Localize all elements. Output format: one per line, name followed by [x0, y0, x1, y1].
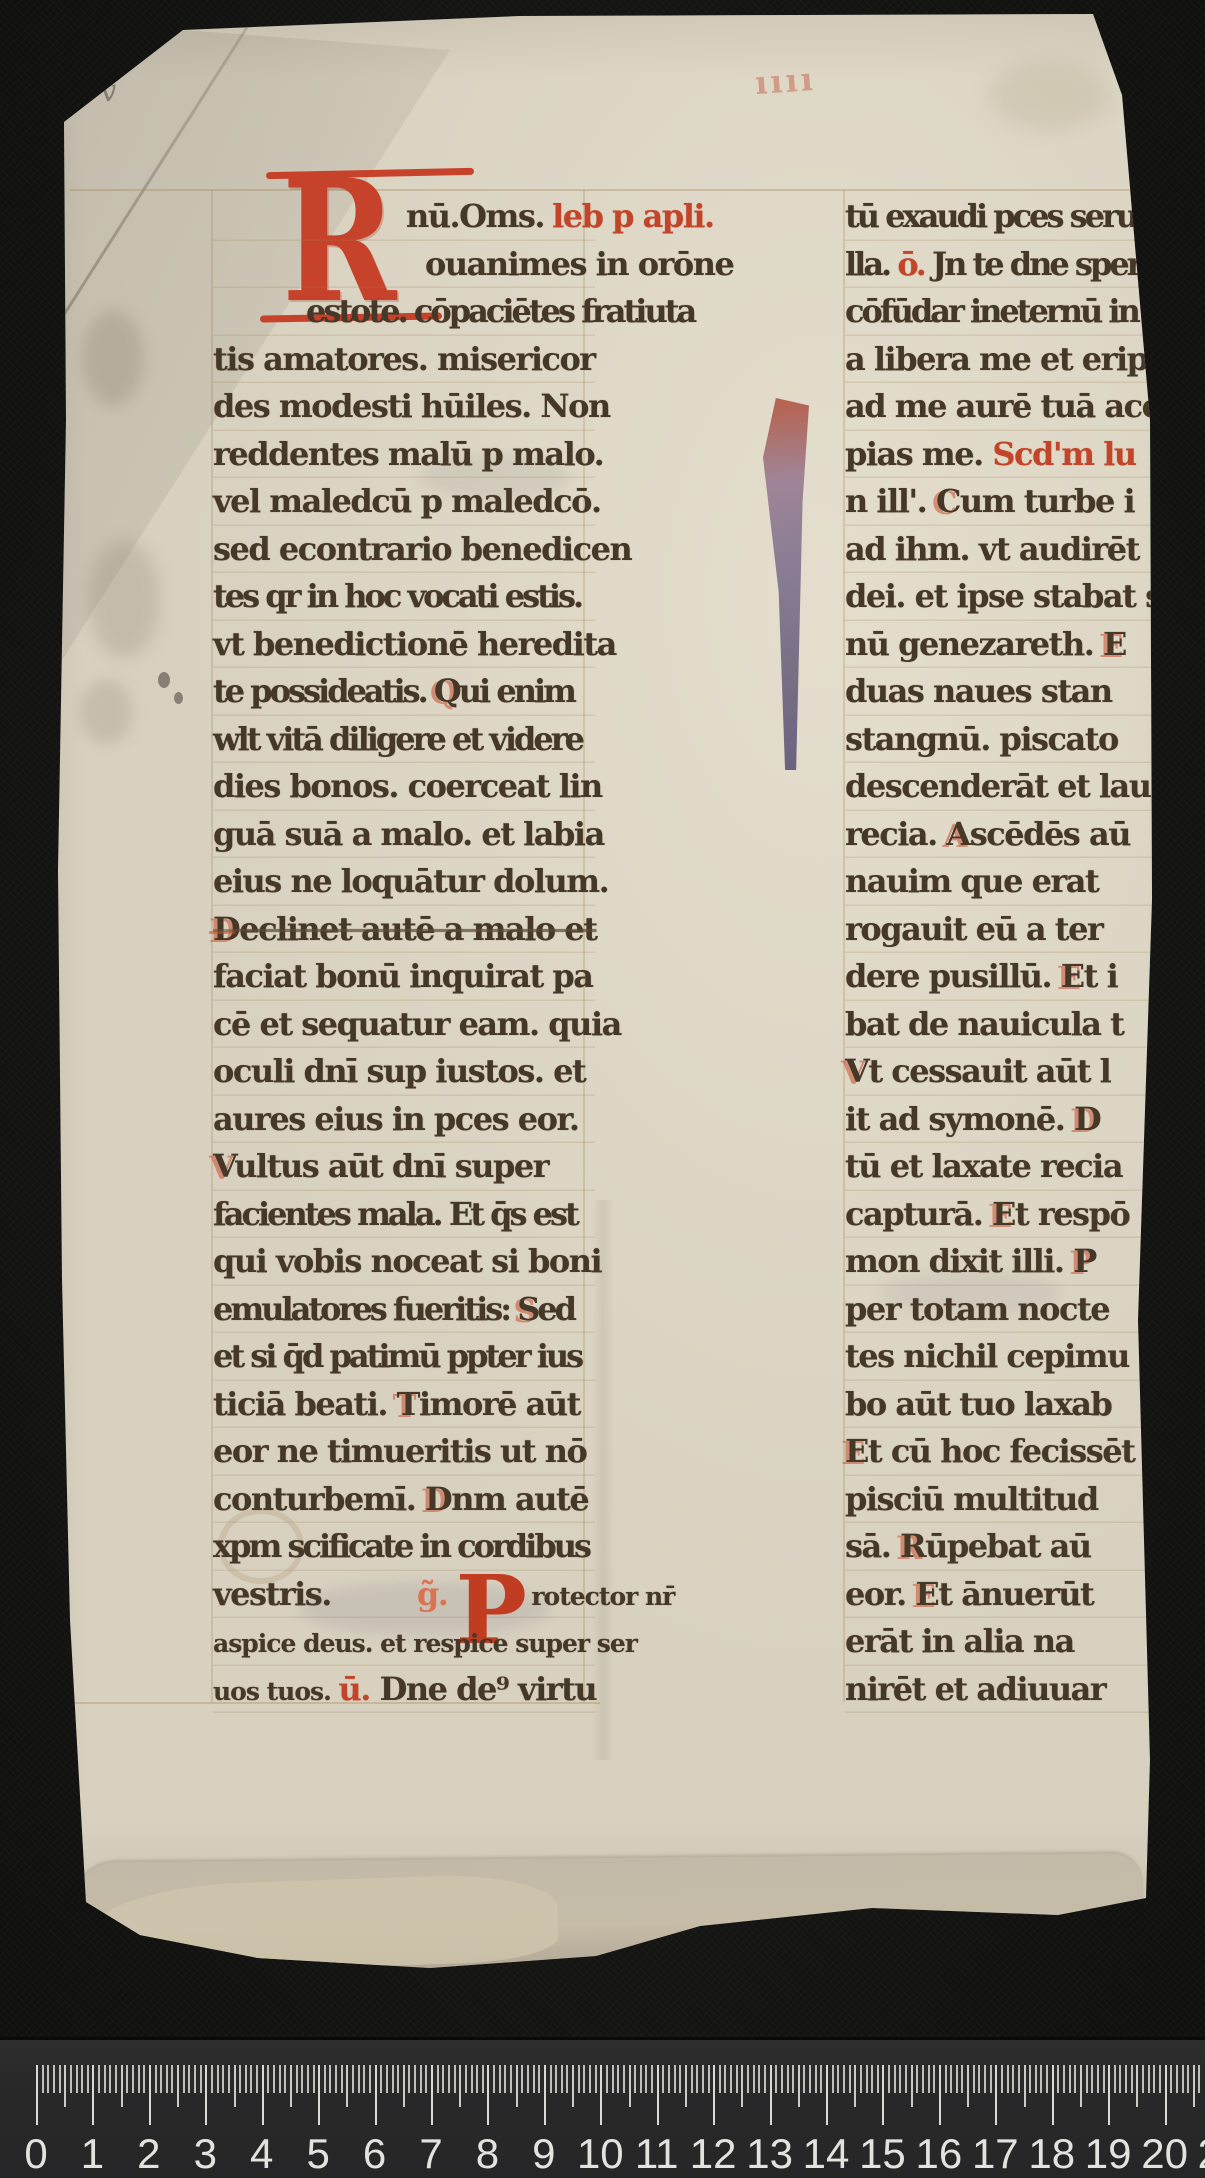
text-segment: t i — [1084, 957, 1118, 995]
ruler-tick — [1114, 2065, 1116, 2093]
text-segment: vestris. — [213, 1575, 331, 1613]
text-line: nū.Oms.leb p apli. — [213, 193, 595, 241]
text-line: aures eius in pces eor. — [213, 1096, 595, 1144]
ruler-tick — [228, 2065, 230, 2093]
ruler-tick — [42, 2065, 44, 2093]
ruler-number: 6 — [363, 2130, 386, 2178]
ruler-tick — [1046, 2065, 1048, 2093]
text-segment: conturbemī. — [213, 1480, 425, 1518]
text-line: tū et laxate recia — [845, 1143, 1177, 1191]
ruler-tick — [860, 2065, 862, 2093]
left-text-column: nū.Oms.leb p apli.ouanimes in orōneestot… — [213, 193, 595, 1713]
text-segment: per totam nocte — [845, 1290, 1109, 1328]
ruler-number: 0 — [24, 2130, 47, 2178]
ruler-tick — [651, 2065, 653, 2093]
ruler-tick — [386, 2065, 388, 2093]
ruler-number: 15 — [859, 2130, 906, 2178]
text-line: Vt cessauit aūt l — [845, 1048, 1177, 1096]
ruler-tick — [1187, 2065, 1189, 2093]
ruler-tick — [736, 2065, 738, 2093]
ruler-tick — [1024, 2065, 1026, 2107]
ruler-tick — [645, 2065, 647, 2093]
ruler-tick — [905, 2065, 907, 2093]
text-segment: tis amatores. misericor — [213, 340, 595, 378]
text-segment: E — [845, 1432, 868, 1470]
ruler-tick — [724, 2065, 726, 2093]
text-line: lla. ō. Jn te dne spera — [845, 241, 1177, 289]
ruler-tick — [1142, 2065, 1144, 2093]
ruler-number: 11 — [635, 2130, 679, 2178]
text-line: it ad symonē. D — [845, 1096, 1177, 1144]
text-line: per totam nocte — [845, 1286, 1177, 1334]
ruler-tick — [138, 2065, 140, 2093]
ruler-tick — [296, 2065, 298, 2093]
ruler-tick — [222, 2065, 224, 2093]
ruler-tick — [47, 2065, 49, 2093]
ruler-tick — [290, 2065, 292, 2107]
ruler-number: 5 — [306, 2130, 329, 2178]
text-segment: stangnū. piscato — [845, 720, 1118, 758]
ruler-tick — [662, 2065, 664, 2093]
ruler-tick — [984, 2065, 986, 2093]
text-segment: tū et laxate recia — [845, 1147, 1122, 1185]
ruler-tick — [442, 2065, 444, 2093]
text-segment: et si q̄d patimū ppter ius — [213, 1337, 581, 1375]
ruler-tick — [939, 2065, 941, 2125]
ruler-tick — [1057, 2065, 1059, 2093]
ruler-tick — [770, 2065, 772, 2125]
text-line: reddentes malū p malo. — [213, 431, 595, 479]
ruler-tick — [504, 2065, 506, 2093]
text-segment: Q — [434, 672, 459, 710]
ruler-tick — [956, 2065, 958, 2093]
text-segment: sed econtrario benedicen — [213, 530, 631, 568]
ruler-tick — [787, 2065, 789, 2093]
ruler-tick — [1131, 2065, 1133, 2093]
ruler-number: 12 — [690, 2130, 737, 2178]
text-segment: pisciū multitud — [845, 1480, 1098, 1518]
ruler-tick — [211, 2065, 213, 2093]
ruler-tick — [1193, 2065, 1195, 2107]
text-segment: A — [946, 815, 969, 853]
ruler-tick — [408, 2065, 410, 2093]
ruler-tick — [369, 2065, 371, 2093]
text-segment: n ill'. — [845, 482, 936, 520]
ruler-tick — [313, 2065, 315, 2093]
text-segment: recia. — [845, 815, 946, 853]
ruler-tick — [121, 2065, 123, 2107]
ruler-tick — [798, 2065, 800, 2107]
ruler-tick — [1007, 2065, 1009, 2093]
text-line: dere pusillū. Et i — [845, 953, 1177, 1001]
ruler-tick — [832, 2065, 834, 2093]
ruler-tick — [115, 2065, 117, 2093]
text-line: faciat bonū inquirat pa — [213, 953, 595, 1001]
ruler-tick — [961, 2065, 963, 2093]
text-segment: a libera me et eripe m — [845, 340, 1205, 378]
ruler-tick — [877, 2065, 879, 2093]
text-segment: dies bonos. coerceat lin — [213, 767, 602, 805]
ruler-tick — [256, 2065, 258, 2093]
text-segment: lla. — [845, 245, 897, 283]
text-segment: erāt in alia na — [845, 1622, 1074, 1660]
ruler-tick — [431, 2065, 433, 2125]
ruler-tick — [98, 2065, 100, 2093]
ruler-number: 13 — [746, 2130, 793, 2178]
text-line: qui vobis noceat si boni — [213, 1238, 595, 1286]
text-segment: nm autē — [451, 1480, 588, 1518]
ruler-tick — [1165, 2065, 1167, 2125]
text-line: ouanimes in orōne — [213, 241, 595, 289]
ruler-tick — [1012, 2065, 1014, 2093]
ruler-tick — [775, 2065, 777, 2093]
ruler-tick — [510, 2065, 512, 2093]
ruler-tick — [1069, 2065, 1071, 2093]
text-segment: ed — [537, 1290, 574, 1328]
ruler-tick — [702, 2065, 704, 2093]
text-segment: faciat bonū inquirat pa — [213, 957, 593, 995]
text-segment: vel maledcū p maledcō. — [213, 482, 601, 520]
ruler-tick — [849, 2065, 851, 2093]
text-segment: Dne de⁹ virtu — [380, 1670, 597, 1708]
ruler-tick — [358, 2065, 360, 2093]
ruler-tick — [188, 2065, 190, 2093]
ruler-tick — [691, 2065, 693, 2093]
ruler-tick — [1035, 2065, 1037, 2093]
text-segment: ad me aurē tuā accel — [845, 387, 1189, 425]
ruler-tick — [578, 2065, 580, 2093]
ruler-tick — [284, 2065, 286, 2093]
text-segment: vt benedictionē heredita — [213, 625, 616, 663]
ruler-tick — [1159, 2065, 1161, 2093]
ruler-tick — [753, 2065, 755, 2093]
ruler-number: 17 — [972, 2130, 1019, 2178]
ruler-tick — [600, 2065, 602, 2125]
text-line: uos tuos. ū. Dne de⁹ virtu — [213, 1666, 595, 1714]
ruler-tick — [657, 2065, 659, 2125]
ruler-tick — [696, 2065, 698, 2093]
ruler-tick — [640, 2065, 642, 2093]
text-line: bo aūt tuo laxab — [845, 1381, 1177, 1429]
ruler-number: 14 — [803, 2130, 850, 2178]
text-segment: Jn te dne spera — [932, 245, 1158, 283]
text-line: ad ihm. vt audirēt — [845, 526, 1177, 574]
text-line: estote. cōpaciētes fratiuta — [213, 288, 595, 336]
ruler-tick — [1074, 2065, 1076, 2093]
text-segment: emulatores fueritis: — [213, 1290, 517, 1328]
right-text-column: tū exaudi pces seruor tlla. ō. Jn te dne… — [845, 193, 1177, 1713]
ruler-tick — [967, 2065, 969, 2107]
text-line: facientes mala. Et q̄s est — [213, 1191, 595, 1239]
ruler-tick — [53, 2065, 55, 2093]
ruler-tick — [76, 2065, 78, 2093]
ruler-tick — [899, 2065, 901, 2093]
ruler-tick — [380, 2065, 382, 2093]
ruler-tick — [561, 2065, 563, 2093]
ink-speck — [158, 672, 170, 688]
ruler-tick — [448, 2065, 450, 2093]
ruler-tick — [92, 2065, 94, 2125]
ruler-tick — [668, 2065, 670, 2093]
margin-mark: v — [98, 73, 120, 110]
text-line: conturbemī. Dnm autē — [213, 1476, 595, 1524]
ruler-tick — [414, 2065, 416, 2093]
text-segment: tes qr in hoc vocati estis. — [213, 577, 581, 615]
ruler-tick — [1119, 2065, 1121, 2093]
text-segment: cē et sequatur eam. quia — [213, 1005, 621, 1043]
text-segment: nirēt et adiuuar — [845, 1670, 1105, 1708]
ruler-tick — [629, 2065, 631, 2107]
ruler-tick — [741, 2065, 743, 2107]
ruler-tick — [617, 2065, 619, 2093]
text-line: et si q̄d patimū ppter ius — [213, 1333, 595, 1381]
ruler-tick — [454, 2065, 456, 2093]
ruler-tick — [911, 2065, 913, 2107]
text-segment: eor ne timueritis ut nō — [213, 1432, 586, 1470]
ruler-tick — [346, 2065, 348, 2107]
ruler-number: 9 — [532, 2130, 555, 2178]
ruler-tick — [177, 2065, 179, 2107]
text-segment: C — [936, 482, 960, 520]
ruler-tick — [854, 2065, 856, 2107]
ruler-tick — [476, 2065, 478, 2093]
ruler-tick — [516, 2065, 518, 2107]
text-segment: oculi dnī sup iustos. et — [213, 1052, 585, 1090]
ruler-tick — [527, 2065, 529, 2093]
text-line: xpm scificate in cordibus — [213, 1523, 595, 1571]
ruler-tick — [1182, 2065, 1184, 2093]
text-line: eor ne timueritis ut nō — [213, 1428, 595, 1476]
ruler-tick — [950, 2065, 952, 2093]
ruler-tick — [132, 2065, 134, 2093]
text-segment: ouanimes in orōne — [425, 245, 733, 283]
text-segment: cōfūdar ineternū in tu — [845, 292, 1178, 330]
text-line: n ill'. Cum turbe i — [845, 478, 1177, 526]
ruler-tick — [352, 2065, 354, 2093]
text-line: emulatores fueritis: Sed — [213, 1286, 595, 1334]
ruler-tick — [1001, 2065, 1003, 2093]
ruler-tick — [1170, 2065, 1172, 2093]
text-line: sā. Rūpebat aū — [845, 1523, 1177, 1571]
ruler-tick — [1125, 2065, 1127, 2093]
text-segment: aspice deus. et respice super ser — [213, 1629, 637, 1658]
ruler-number: 2 — [137, 2130, 160, 2178]
text-line: sed econtrario benedicen — [213, 526, 595, 574]
ruler-tick — [533, 2065, 535, 2093]
ruler-tick — [674, 2065, 676, 2093]
ruler-number: 8 — [476, 2130, 499, 2178]
text-line: Vultus aūt dnī super — [213, 1143, 595, 1191]
ruler-tick — [465, 2065, 467, 2093]
text-segment: sā. — [845, 1527, 900, 1565]
ruler-tick — [809, 2065, 811, 2093]
ruler-tick — [781, 2065, 783, 2093]
ruler-tick — [155, 2065, 157, 2093]
text-segment: nū genezareth. — [845, 625, 1103, 663]
text-segment: ui enim — [459, 672, 574, 710]
ruler-tick — [59, 2065, 61, 2093]
ruler-tick — [217, 2065, 219, 2093]
text-segment: E — [1061, 957, 1084, 995]
text-segment: nū.Oms. — [406, 197, 544, 235]
text-line: ticiā beati. Timorē aūt — [213, 1381, 595, 1429]
ruler-number: 21 — [1198, 2130, 1205, 2178]
text-segment: capturā. — [845, 1195, 992, 1233]
ruler-tick — [487, 2065, 489, 2125]
text-segment: S — [517, 1290, 537, 1328]
ruler-tick — [194, 2065, 196, 2093]
ruler-tick — [1086, 2065, 1088, 2093]
ruler-tick — [1136, 2065, 1138, 2107]
text-segment: rogauit eū a ter — [845, 910, 1102, 948]
stain — [990, 60, 1110, 130]
ruler-number: 4 — [250, 2130, 273, 2178]
text-segment: E — [1103, 625, 1126, 663]
ruler-tick — [916, 2065, 918, 2093]
text-line: cē et sequatur eam. quia — [213, 1001, 595, 1049]
ink-speck — [174, 692, 183, 704]
ruler-tick — [250, 2065, 252, 2093]
text-segment: guā suā a malo. et labia — [213, 815, 604, 853]
text-segment: des modesti hūiles. Non — [213, 387, 610, 425]
text-line: vel maledcū p maledcō. — [213, 478, 595, 526]
text-line: dei. et ipse stabat s — [845, 573, 1177, 621]
ruler-tick — [335, 2065, 337, 2093]
photo-backdrop: v ıııı R nū.Oms.leb p apli.ouanimes in o… — [0, 0, 1205, 2178]
text-line: pias me. Scd'm lu — [845, 431, 1177, 479]
ruler-tick — [1091, 2065, 1093, 2093]
ruler-tick — [87, 2065, 89, 2093]
text-segment: D — [213, 910, 239, 948]
ruler-tick — [273, 2065, 275, 2093]
ruler-tick — [341, 2065, 343, 2093]
ruler-tick — [499, 2065, 501, 2093]
ruler-tick — [933, 2065, 935, 2093]
text-line: vestris.g̃.Protector nr̄ — [213, 1571, 595, 1619]
text-line: te possideatis. Qui enim — [213, 668, 595, 716]
ruler-tick — [708, 2065, 710, 2093]
ruler-tick — [36, 2065, 38, 2125]
ruler-tick — [171, 2065, 173, 2093]
text-line: eor. Et ānuerūt — [845, 1571, 1177, 1619]
text-segment: reddentes malū p malo. — [213, 435, 603, 473]
ruler-tick — [64, 2065, 66, 2107]
ruler-tick — [544, 2065, 546, 2125]
ruler-tick — [928, 2065, 930, 2093]
text-segment: ū. — [339, 1670, 380, 1708]
text-segment: ultus aūt dnī super — [234, 1147, 548, 1185]
ruler-tick — [160, 2065, 162, 2093]
ruler-tick — [166, 2065, 168, 2093]
text-line: mon dixit illi. P — [845, 1238, 1177, 1286]
ruler-number: 3 — [194, 2130, 217, 2178]
text-segment: ūpebat aū — [925, 1527, 1091, 1565]
ruler-tick — [679, 2065, 681, 2093]
text-segment: xpm scificate in cordibus — [213, 1527, 589, 1565]
ruler-tick — [713, 2065, 715, 2125]
ruler-tick — [1108, 2065, 1110, 2125]
text-segment: duas naues stan — [845, 672, 1112, 710]
ruler-tick — [1103, 2065, 1105, 2093]
ruler-tick — [747, 2065, 749, 2093]
ruler-tick — [403, 2065, 405, 2107]
text-segment: E — [915, 1575, 938, 1613]
text-line: wlt vitā diligere et videre — [213, 716, 595, 764]
ruler-tick — [719, 2065, 721, 2093]
ruler-tick — [329, 2065, 331, 2093]
ruler-tick — [634, 2065, 636, 2093]
text-segment: tū exaudi pces seruor t — [845, 197, 1188, 235]
ruler-tick — [1018, 2065, 1020, 2093]
ruler-tick — [437, 2065, 439, 2093]
ruler-tick — [301, 2065, 303, 2093]
text-segment: it ad symonē. — [845, 1100, 1074, 1138]
ruler-tick — [803, 2065, 805, 2093]
ruler-tick — [262, 2065, 264, 2125]
ruler-tick — [550, 2065, 552, 2093]
text-segment: t cū hoc fecissēt — [868, 1432, 1134, 1470]
text-line: tū exaudi pces seruor t — [845, 193, 1177, 241]
text-line: tes qr in hoc vocati estis. — [213, 573, 595, 621]
ruler-tick — [606, 2065, 608, 2093]
text-line: nirēt et adiuuar — [845, 1666, 1177, 1714]
folio-inscription: ıııı — [754, 60, 817, 102]
text-segment: um turbe i — [960, 482, 1134, 520]
ruler-tick — [1052, 2065, 1054, 2125]
manuscript-page: v ıııı R nū.Oms.leb p apli.ouanimes in o… — [0, 0, 1205, 1995]
ruler-tick — [843, 2065, 845, 2093]
text-segment: Scd'm lu — [992, 435, 1135, 473]
text-segment: aures eius in pces eor. — [213, 1100, 579, 1138]
text-segment: facientes mala. Et q̄s est — [213, 1195, 577, 1233]
ruler-tick — [555, 2065, 557, 2093]
ruler-tick — [126, 2065, 128, 2093]
text-segment: ticiā beati. — [213, 1385, 397, 1423]
ruler-tick — [183, 2065, 185, 2093]
text-segment: ad ihm. vt audirēt — [845, 530, 1139, 568]
ruler-tick — [397, 2065, 399, 2093]
ruler-tick — [149, 2065, 151, 2125]
text-segment: t ānuerūt — [938, 1575, 1093, 1613]
ruler-tick — [1097, 2065, 1099, 2093]
text-line: oculi dnī sup iustos. et — [213, 1048, 595, 1096]
stain — [80, 680, 132, 744]
text-segment: wlt vitā diligere et videre — [213, 720, 582, 758]
text-line: pisciū multitud — [845, 1476, 1177, 1524]
ruler-tick — [973, 2065, 975, 2093]
text-segment: qui vobis noceat si boni — [213, 1242, 601, 1280]
ruler-tick — [1080, 2065, 1082, 2107]
ruler-tick — [318, 2065, 320, 2125]
ruling-line — [70, 189, 1132, 191]
text-line: nū genezareth. E — [845, 621, 1177, 669]
text-line: rogauit eū a ter — [845, 906, 1177, 954]
ruler-tick — [1063, 2065, 1065, 2093]
ruler-tick — [307, 2065, 309, 2093]
ruler-tick — [764, 2065, 766, 2093]
text-segment: bat de nauicula t — [845, 1005, 1123, 1043]
ruler-tick — [143, 2065, 145, 2093]
text-line: duas naues stan — [845, 668, 1177, 716]
text-line: nauim que erat — [845, 858, 1177, 906]
ruler-tick — [758, 2065, 760, 2093]
text-segment: T — [397, 1385, 419, 1423]
ruler-tick — [245, 2065, 247, 2093]
ruler-tick — [538, 2065, 540, 2093]
text-segment: uos tuos. — [213, 1677, 339, 1706]
text-line: cōfūdar ineternū in tu — [845, 288, 1177, 336]
ruler-tick — [826, 2065, 828, 2125]
